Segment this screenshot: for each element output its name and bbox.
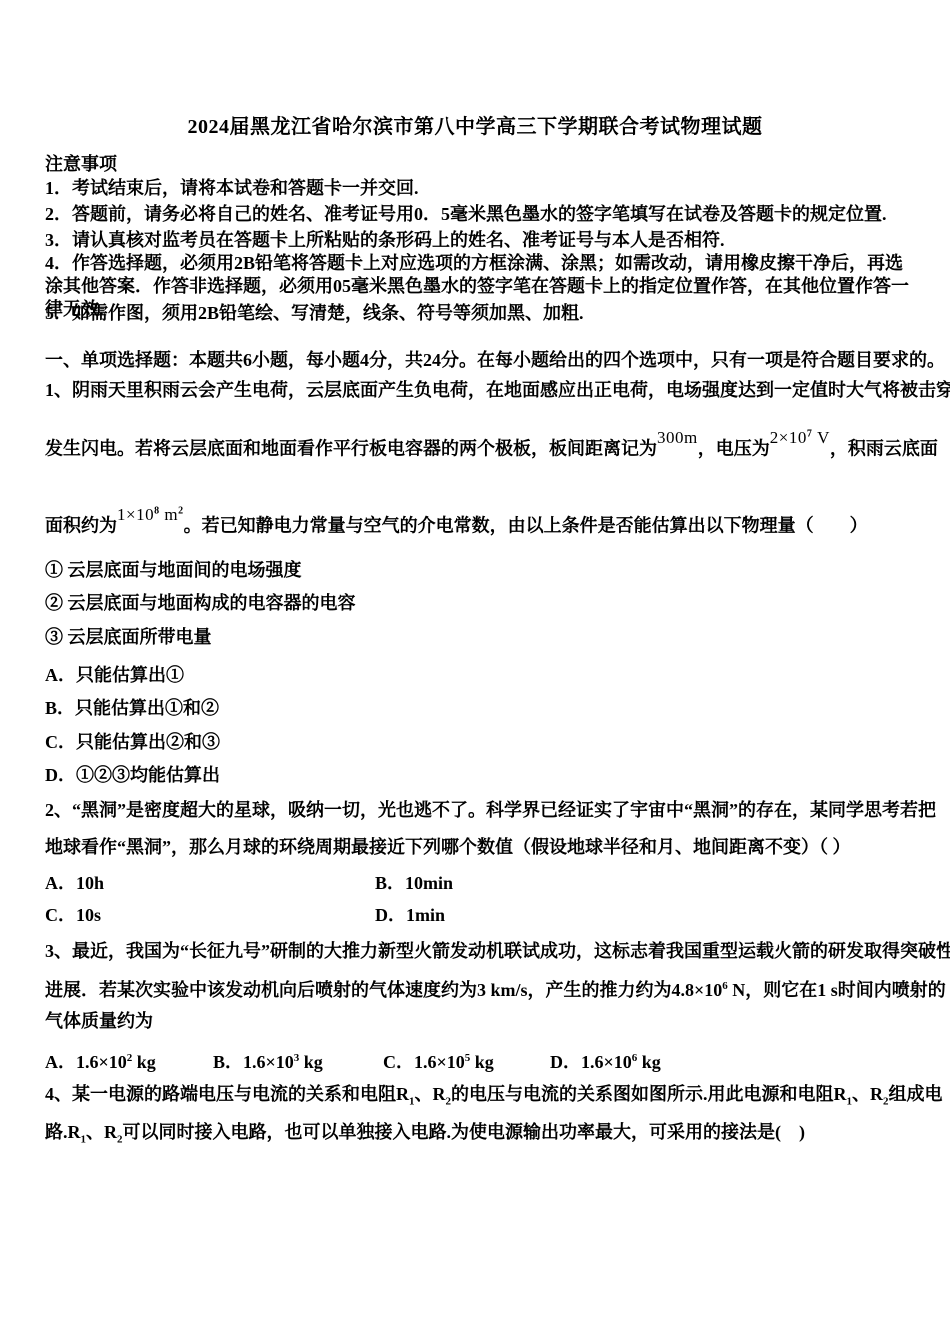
q1-text-line-1: 1、阴雨天里积雨云会产生电荷，云层底面产生负电荷，在地面感应出正电荷，电场强度达… (45, 377, 910, 403)
q3-option-a-unit: kg (132, 1052, 156, 1072)
q3-option-b-value: 1.6×10 (243, 1052, 294, 1072)
q3-text-line-2: 进展．若某次实验中该发动机向后喷射的气体速度约为3 km/s，产生的推力约为4.… (45, 973, 910, 1003)
notice-heading: 注意事项 (45, 151, 910, 177)
q4-line1-t3: 的电压与电流的关系图如图所示.用此电源和电阻R (451, 1084, 847, 1104)
q3-option-b: B．1.6×103 kg (213, 1045, 323, 1075)
notice-item-2: 2．答题前，请务必将自己的姓名、准考证号用0．5毫米黑色墨水的签字笔填写在试卷及… (45, 201, 910, 227)
q1-line3-pre: 面积约为 (45, 516, 117, 536)
q3-option-d-unit: kg (637, 1052, 661, 1072)
q3-option-a-value: 1.6×10 (76, 1052, 127, 1072)
notice-item-3: 3．请认真核对监考员在答题卡上所粘贴的条形码上的姓名、准考证号与本人是否相符. (45, 227, 910, 253)
q2-text-line-1: 2、“黑洞”是密度超大的星球，吸纳一切，光也逃不了。科学界已经证实了宇宙中“黑洞… (45, 797, 910, 823)
notice-item-5: 5．如需作图，须用2B铅笔绘、写清楚，线条、符号等须加黑、加粗. (45, 300, 910, 326)
section-1-heading: 一、单项选择题：本题共6小题，每小题4分，共24分。在每小题给出的四个选项中，只… (45, 347, 910, 373)
q4-text-line-2: 路.R1、R2可以同时接入电路，也可以单独接入电路.为使电源输出功率最大，可采用… (45, 1119, 910, 1153)
notice-item-1: 1．考试结束后，请将本试卷和答题卡一并交回. (45, 175, 910, 201)
q3-option-c-label: C． (383, 1052, 414, 1072)
formula-voltage-unit: V (812, 428, 830, 447)
q4-line1-t5: 组成电 (889, 1084, 943, 1104)
formula-area: 1×108 m2 (117, 505, 184, 524)
q1-option-c: C．只能估算出②和③ (45, 729, 910, 755)
q3-option-a: A．1.6×102 kg (45, 1045, 156, 1075)
q1-subitem-1: ① 云层底面与地面间的电场强度 (45, 557, 910, 583)
q3-option-c: C．1.6×105 kg (383, 1045, 494, 1075)
q1-text-line-2: 发生闪电。若将云层底面和地面看作平行板电容器的两个极板，板间距离记为300m，电… (45, 433, 910, 463)
q1-subitem-2: ② 云层底面与地面构成的电容器的电容 (45, 590, 910, 616)
q1-option-a: A．只能估算出① (45, 662, 910, 688)
q1-line2-pre: 发生闪电。若将云层底面和地面看作平行板电容器的两个极板，板间距离记为 (45, 439, 657, 459)
q3-option-d: D．1.6×106 kg (550, 1045, 661, 1075)
q2-option-c: C．10s (45, 902, 101, 928)
formula-area-base: 1×10 (117, 505, 154, 524)
q3-option-a-label: A． (45, 1052, 76, 1072)
exam-title: 2024届黑龙江省哈尔滨市第八中学高三下学期联合考试物理试题 (0, 110, 950, 139)
formula-area-unit-exponent: 2 (178, 505, 184, 516)
q1-option-b: B．只能估算出①和② (45, 695, 910, 721)
q2-option-a: A．10h (45, 870, 104, 896)
q4-line1-t2: 、R (415, 1084, 446, 1104)
q3-text-line-1: 3、最近，我国为“长征九号”研制的大推力新型火箭发动机联试成功，这标志着我国重型… (45, 938, 910, 964)
exam-paper-page: 2024届黑龙江省哈尔滨市第八中学高三下学期联合考试物理试题 注意事项 1．考试… (0, 0, 950, 1344)
q4-line1-t4: 、R (852, 1084, 883, 1104)
q1-text-line-3: 面积约为1×108 m2。若已知静电力常量与空气的介电常数，由以上条件是否能估算… (45, 510, 910, 540)
q1-option-d: D．①②③均能估算出 (45, 762, 910, 788)
q3-option-c-unit: kg (470, 1052, 494, 1072)
q4-text-line-1: 4、某一电源的路端电压与电流的关系和电阻R1、R2的电压与电流的关系图如图所示.… (45, 1081, 910, 1115)
q2-option-b: B．10min (375, 870, 453, 896)
q1-line2-post: ，积雨云底面 (830, 439, 938, 459)
q1-line3-post: 。若已知静电力常量与空气的介电常数，由以上条件是否能估算出以下物理量（ ） (184, 516, 868, 536)
q4-line2-t1: 路.R (45, 1122, 81, 1142)
formula-voltage: 2×107 V (770, 428, 830, 447)
q3-option-b-unit: kg (299, 1052, 323, 1072)
q3-text-line-3: 气体质量约为 (45, 1008, 910, 1034)
q4-line2-t3: 可以同时接入电路，也可以单独接入电路.为使电源输出功率最大，可采用的接法是( ) (123, 1122, 805, 1142)
q2-text-line-2: 地球看作“黑洞”，那么月球的环绕周期最接近下列哪个数值（假设地球半径和月、地间距… (45, 834, 910, 860)
q4-line1-t1: 4、某一电源的路端电压与电流的关系和电阻R (45, 1084, 409, 1104)
q3-option-d-label: D． (550, 1052, 581, 1072)
q1-line2-mid: ，电压为 (698, 439, 770, 459)
q1-subitem-3: ③ 云层底面所带电量 (45, 624, 910, 650)
formula-distance-value: 300m (657, 428, 698, 447)
formula-plate-distance: 300m (657, 428, 698, 447)
q4-line2-t2: 、R (86, 1122, 117, 1142)
q3-option-c-value: 1.6×10 (414, 1052, 465, 1072)
q3-option-d-value: 1.6×10 (581, 1052, 632, 1072)
q3-line2-pre: 进展．若某次实验中该发动机向后喷射的气体速度约为3 km/s，产生的推力约为4.… (45, 980, 722, 1000)
q2-option-d: D．1min (375, 902, 445, 928)
formula-area-unit: m (160, 505, 178, 524)
q3-option-b-label: B． (213, 1052, 243, 1072)
q3-line2-post: N，则它在1 s时间内喷射的 (728, 980, 946, 1000)
formula-voltage-base: 2×10 (770, 428, 807, 447)
